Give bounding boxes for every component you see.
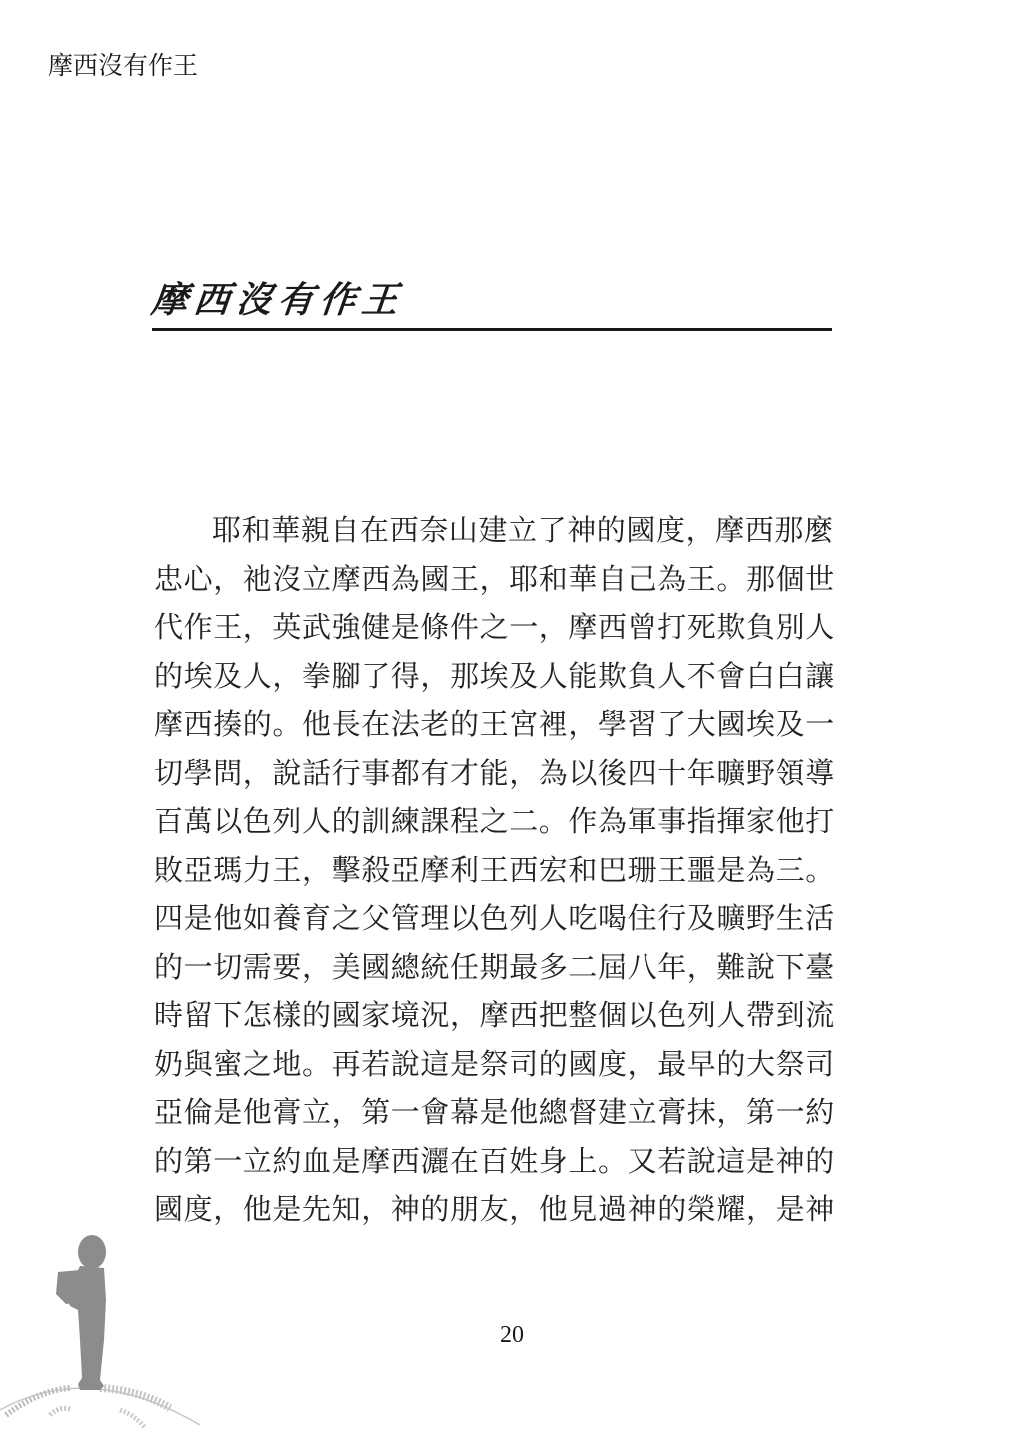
body-line: 摩西揍的。他長在法老的王宮裡，學習了大國埃及一 bbox=[154, 700, 854, 749]
body-line: 敗亞瑪力王，擊殺亞摩利王西宏和巴珊王噩是為三。 bbox=[154, 846, 854, 895]
body-line: 時留下怎樣的國家境況，摩西把整個以色列人帶到流 bbox=[154, 991, 854, 1040]
body-line: 國度，他是先知，神的朋友，他見過神的榮耀，是神 bbox=[154, 1185, 854, 1234]
body-line: 的埃及人，拳腳了得，那埃及人能欺負人不會白白讓 bbox=[154, 652, 854, 701]
body-line: 切學問，說話行事都有才能，為以後四十年曠野領導 bbox=[154, 749, 854, 798]
body-line: 忠心，祂沒立摩西為國王，耶和華自己為王。那個世 bbox=[154, 555, 854, 604]
body-line: 的一切需要，美國總統任期最多二屆八年，難說下臺 bbox=[154, 943, 854, 992]
chapter-title: 摩西沒有作王 bbox=[149, 272, 406, 323]
body-line: 奶與蜜之地。再若說這是祭司的國度，最早的大祭司 bbox=[154, 1040, 854, 1089]
body-line: 百萬以色列人的訓練課程之二。作為軍事指揮家他打 bbox=[154, 797, 854, 846]
page-number: 20 bbox=[0, 1322, 1024, 1349]
body-line: 代作王，英武強健是條件之一，摩西曾打死欺負別人 bbox=[154, 603, 854, 652]
body-line: 四是他如養育之父管理以色列人吃喝住行及曠野生活 bbox=[154, 894, 854, 943]
body-paragraph: 耶和華親自在西奈山建立了神的國度，摩西那麼 忠心，祂沒立摩西為國王，耶和華自己為… bbox=[154, 506, 854, 1234]
body-line: 耶和華親自在西奈山建立了神的國度，摩西那麼 bbox=[154, 506, 854, 555]
title-divider bbox=[152, 328, 832, 331]
body-line: 的第一立約血是摩西灑在百姓身上。又若說這是神的 bbox=[154, 1137, 854, 1186]
body-line: 亞倫是他膏立，第一會幕是他總督建立膏抹，第一約 bbox=[154, 1088, 854, 1137]
running-header: 摩西沒有作王 bbox=[48, 46, 198, 82]
